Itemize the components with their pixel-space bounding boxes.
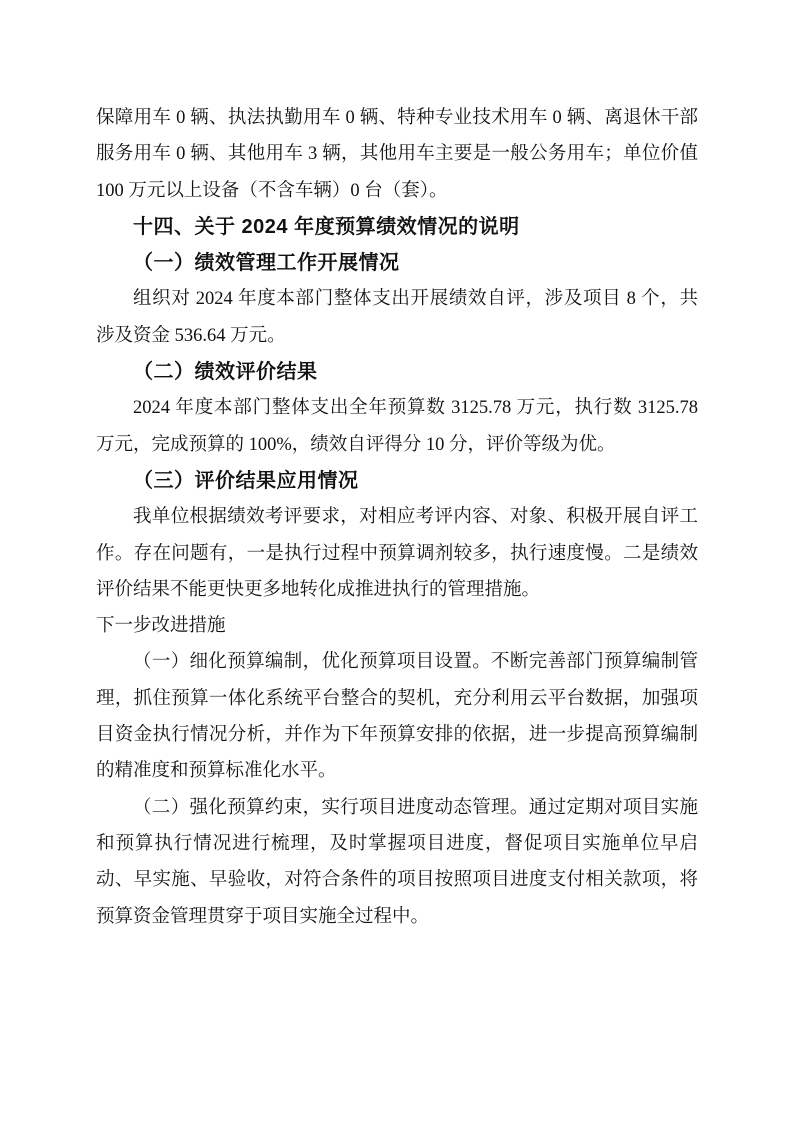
subsection-heading: （一）绩效管理工作开展情况 <box>96 245 698 281</box>
body-line: （二）强化预算约束，实行项目进度动态管理。通过定期对项目实施 <box>96 790 698 826</box>
body-line: 作。存在问题有，一是执行过程中预算调剂较多，执行速度慢。二是绩效 <box>96 536 698 572</box>
subsection-heading: （三）评价结果应用情况 <box>96 463 698 499</box>
body-line: 100 万元以上设备（不含车辆）0 台（套）。 <box>96 173 698 209</box>
body-line: 服务用车 0 辆、其他用车 3 辆，其他用车主要是一般公务用车；单位价值 <box>96 136 698 172</box>
body-line: 和预算执行情况进行梳理，及时掌握项目进度，督促项目实施单位早启 <box>96 826 698 862</box>
page-content: 保障用车 0 辆、执法执勤用车 0 辆、特种专业技术用车 0 辆、离退休干部 服… <box>96 100 698 935</box>
body-line: 预算资金管理贯穿于项目实施全过程中。 <box>96 899 698 935</box>
next-steps-label: 下一步改进措施 <box>96 608 698 644</box>
body-line: 组织对 2024 年度本部门整体支出开展绩效自评，涉及项目 8 个，共 <box>96 281 698 317</box>
body-line: 目资金执行情况分析，并作为下年预算安排的依据，进一步提高预算编制 <box>96 717 698 753</box>
body-line: 动、早实施、早验收，对符合条件的项目按照项目进度支付相关款项，将 <box>96 862 698 898</box>
body-line: （一）细化预算编制，优化预算项目设置。不断完善部门预算编制管 <box>96 644 698 680</box>
body-line: 2024 年度本部门整体支出全年预算数 3125.78 万元，执行数 3125.… <box>96 390 698 426</box>
body-line: 的精准度和预算标准化水平。 <box>96 753 698 789</box>
body-line: 万元，完成预算的 100%，绩效自评得分 10 分，评价等级为优。 <box>96 427 698 463</box>
document-page: 保障用车 0 辆、执法执勤用车 0 辆、特种专业技术用车 0 辆、离退休干部 服… <box>0 0 793 1122</box>
section-heading: 十四、关于 2024 年度预算绩效情况的说明 <box>96 209 698 245</box>
body-line: 评价结果不能更快更多地转化成推进执行的管理措施。 <box>96 572 698 608</box>
body-line: 涉及资金 536.64 万元。 <box>96 318 698 354</box>
body-line: 保障用车 0 辆、执法执勤用车 0 辆、特种专业技术用车 0 辆、离退休干部 <box>96 100 698 136</box>
body-line: 理，抓住预算一体化系统平台整合的契机，充分利用云平台数据，加强项 <box>96 681 698 717</box>
body-line: 我单位根据绩效考评要求，对相应考评内容、对象、积极开展自评工 <box>96 499 698 535</box>
subsection-heading: （二）绩效评价结果 <box>96 354 698 390</box>
